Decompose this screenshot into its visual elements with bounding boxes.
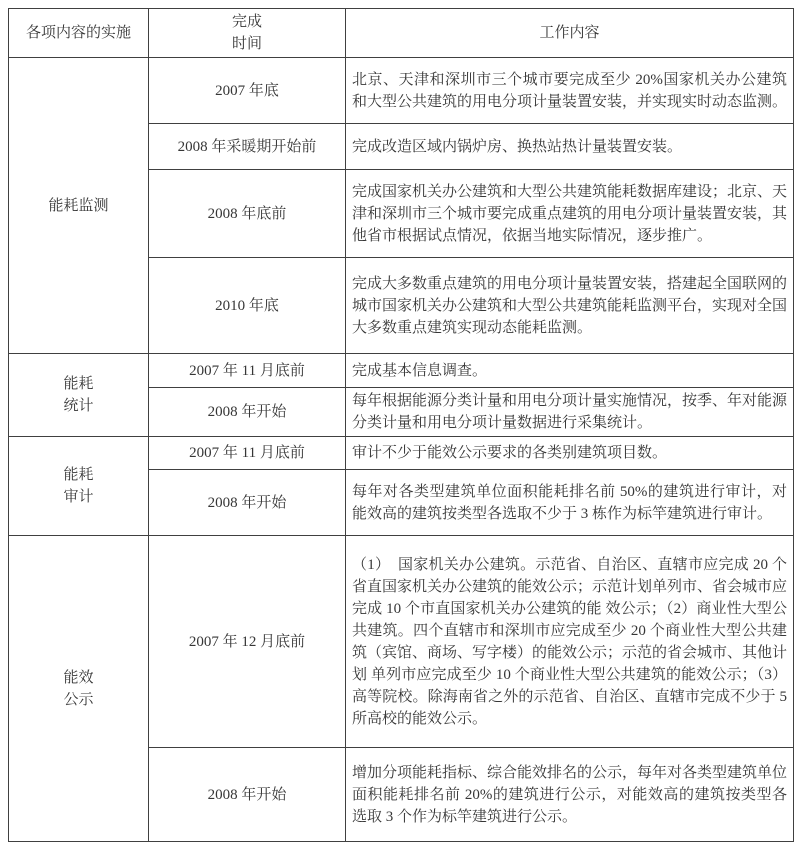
header-work-content: 工作内容: [346, 9, 794, 58]
time-cell: 2007 年底: [149, 58, 346, 124]
category-cell-energy-monitoring: 能耗监测: [9, 58, 149, 354]
work-content-cell: 北京、天津和深圳市三个城市要完成至少 20%国家机关办公建筑和大型公共建筑的用电…: [346, 58, 794, 124]
time-cell: 2008 年开始: [149, 388, 346, 437]
work-content-cell: 完成国家机关办公建筑和大型公共建筑能耗数据库建设；北京、天津和深圳市三个城市要完…: [346, 170, 794, 258]
time-cell: 2010 年底: [149, 258, 346, 354]
implementation-table: 各项内容的实施 完成 时间 工作内容 能耗监测 2007 年底 北京、天津和深圳…: [8, 8, 794, 842]
work-content-cell: 完成大多数重点建筑的用电分项计量装置安装，搭建起全国联网的城市国家机关办公建筑和…: [346, 258, 794, 354]
time-cell: 2008 年底前: [149, 170, 346, 258]
table-row: 能耗监测 2007 年底 北京、天津和深圳市三个城市要完成至少 20%国家机关办…: [9, 58, 794, 124]
document-page: 各项内容的实施 完成 时间 工作内容 能耗监测 2007 年底 北京、天津和深圳…: [0, 0, 801, 849]
time-cell: 2008 年开始: [149, 470, 346, 536]
time-cell: 2007 年 12 月底前: [149, 536, 346, 748]
table-row: 能耗 审计 2007 年 11 月底前 审计不少于能效公示要求的各类别建筑项目数…: [9, 437, 794, 470]
time-cell: 2008 年采暖期开始前: [149, 124, 346, 170]
work-content-cell: 每年对各类型建筑单位面积能耗排名前 50%的建筑进行审计，对能效高的建筑按类型各…: [346, 470, 794, 536]
table-header-row: 各项内容的实施 完成 时间 工作内容: [9, 9, 794, 58]
time-cell: 2007 年 11 月底前: [149, 354, 346, 388]
category-cell-energy-statistics: 能耗 统计: [9, 354, 149, 437]
work-content-cell: 完成基本信息调查。: [346, 354, 794, 388]
table-row: 能耗 统计 2007 年 11 月底前 完成基本信息调查。: [9, 354, 794, 388]
time-cell: 2008 年开始: [149, 748, 346, 842]
category-cell-energy-audit: 能耗 审计: [9, 437, 149, 536]
work-content-cell: 完成改造区域内锅炉房、换热站热计量装置安装。: [346, 124, 794, 170]
category-cell-energy-efficiency-disclosure: 能效 公示: [9, 536, 149, 842]
work-content-cell: 每年根据能源分类计量和用电分项计量实施情况，按季、年对能源分类计量和用电分项计量…: [346, 388, 794, 437]
work-content-cell: 增加分项能耗指标、综合能效排名的公示，每年对各类型建筑单位面积能耗排名前 20%…: [346, 748, 794, 842]
header-implementation: 各项内容的实施: [9, 9, 149, 58]
header-completion-time: 完成 时间: [149, 9, 346, 58]
table-row: 能效 公示 2007 年 12 月底前 （1） 国家机关办公建筑。示范省、自治区…: [9, 536, 794, 748]
work-content-cell: 审计不少于能效公示要求的各类别建筑项目数。: [346, 437, 794, 470]
time-cell: 2007 年 11 月底前: [149, 437, 346, 470]
work-content-cell: （1） 国家机关办公建筑。示范省、自治区、直辖市应完成 20 个省直国家机关办公…: [346, 536, 794, 748]
